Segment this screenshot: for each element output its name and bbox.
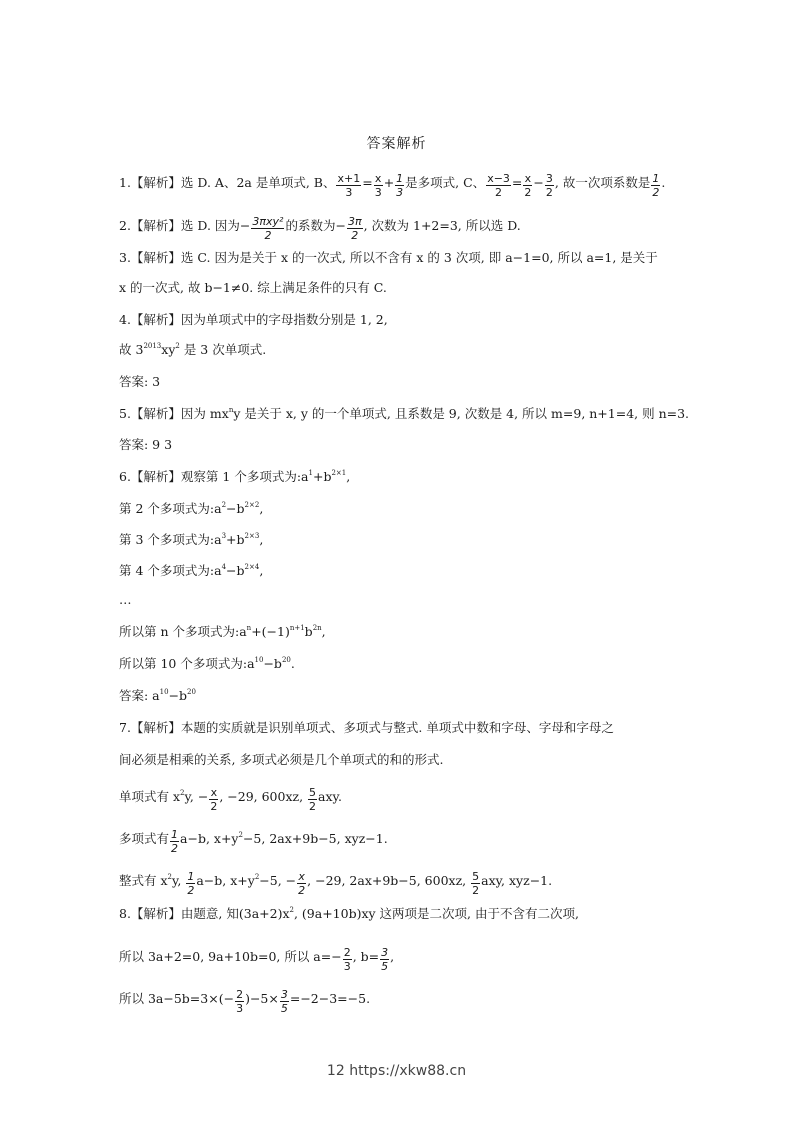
answer-6-line-2: 第 2 个多项式为:a2−b2×2, [119, 499, 263, 519]
fraction: 23 [235, 988, 244, 1015]
q1-text: 1.【解析】选 D. A、2a 是单项式, B、 [119, 175, 335, 190]
fraction: 3π2 [347, 215, 363, 242]
fraction: x2 [297, 870, 306, 897]
answer-7-line-2: 间必须是相乘的关系, 多项式必须是几个单项式的和的形式. [119, 750, 443, 770]
answer-1: 1.【解析】选 D. A、2a 是单项式, B、x+13=x3+13是多项式, … [119, 170, 665, 197]
answer-2: 2.【解析】选 D. 因为−3πxy²2的系数为−3π2, 次数为 1+2=3,… [119, 213, 521, 240]
fraction: 32 [545, 172, 554, 199]
fraction: 52 [471, 870, 480, 897]
answer-6-line-3: 第 3 个多项式为:a3+b2×3, [119, 530, 263, 550]
answer-5: 5.【解析】因为 mxny 是关于 x, y 的一个单项式, 且系数是 9, 次… [119, 404, 689, 424]
answer-4-line-2: 故 32013xy2 是 3 次单项式. [119, 340, 266, 360]
footer-url[interactable]: https://xkw88.cn [349, 1063, 466, 1079]
fraction: x2 [209, 786, 218, 813]
fraction: 12 [186, 870, 195, 897]
fraction: x+13 [336, 172, 361, 199]
fraction: x2 [523, 172, 532, 199]
fraction: 12 [651, 172, 660, 199]
answer-7-integral: 整式有 x2y, 12a−b, x+y2−5, −x2, −29, 2ax+9b… [119, 868, 552, 895]
answer-3-line-1: 3.【解析】选 C. 因为是关于 x 的一次式, 所以不含有 x 的 3 次项,… [119, 248, 658, 268]
answer-6-ellipsis: … [119, 590, 132, 610]
answer-6-line-4: 第 4 个多项式为:a4−b2×4, [119, 561, 263, 581]
answer-3-line-2: x 的一次式, 故 b−1≠0. 综上满足条件的只有 C. [119, 278, 387, 298]
fraction: 13 [395, 172, 404, 199]
answer-4-line-1: 4.【解析】因为单项式中的字母指数分别是 1, 2, [119, 310, 388, 330]
answer-8-line-3: 所以 3a−5b=3×(−23)−5×35=−2−3=−5. [119, 986, 370, 1013]
answer-7-polynomials: 多项式有12a−b, x+y2−5, 2ax+9b−5, xyz−1. [119, 826, 388, 853]
page-number: 12 [327, 1063, 345, 1079]
answer-6-line-1: 6.【解析】观察第 1 个多项式为:a1+b2×1, [119, 467, 350, 487]
answer-6-result: 答案: a10−b20 [119, 686, 196, 706]
answer-4-result: 答案: 3 [119, 372, 160, 392]
fraction: 52 [308, 786, 317, 813]
fraction: 35 [280, 988, 289, 1015]
answer-7-monomials: 单项式有 x2y, −x2, −29, 600xz, 52axy. [119, 784, 342, 811]
answer-5-result: 答案: 9 3 [119, 435, 172, 455]
fraction: 35 [380, 946, 389, 973]
fraction: x3 [374, 172, 383, 199]
answer-8-line-2: 所以 3a+2=0, 9a+10b=0, 所以 a=−23, b=35, [119, 944, 394, 971]
page-title: 答案解析 [0, 133, 793, 153]
answer-8-line-1: 8.【解析】由题意, 知(3a+2)x2, (9a+10b)xy 这两项是二次项… [119, 904, 579, 924]
fraction: 3πxy²2 [251, 215, 284, 242]
fraction: 23 [343, 946, 352, 973]
answer-7-line-1: 7.【解析】本题的实质就是识别单项式、多项式与整式. 单项式中数和字母、字母和字… [119, 718, 614, 738]
page-footer: 12 https://xkw88.cn [0, 1063, 793, 1079]
fraction: x−32 [486, 172, 511, 199]
answer-6-tenth: 所以第 10 个多项式为:a10−b20. [119, 654, 295, 674]
fraction: 12 [170, 828, 179, 855]
answer-6-general: 所以第 n 个多项式为:an+(−1)n+1b2n, [119, 622, 326, 642]
